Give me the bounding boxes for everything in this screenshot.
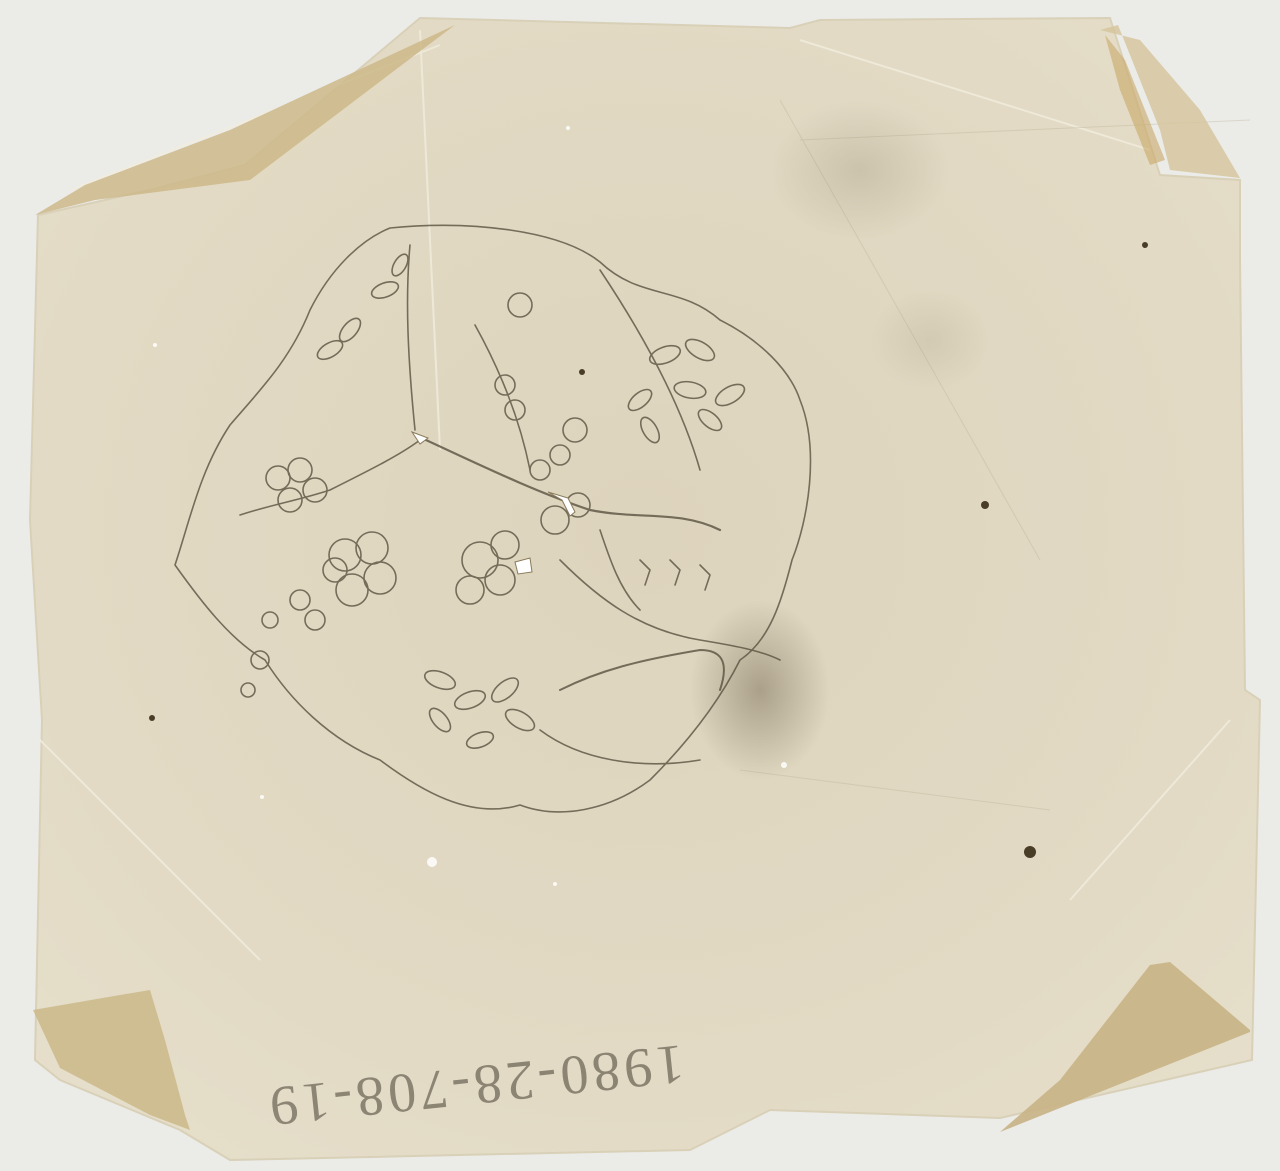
paper-sheet [30,18,1260,1160]
sketch-photo [0,0,1280,1171]
